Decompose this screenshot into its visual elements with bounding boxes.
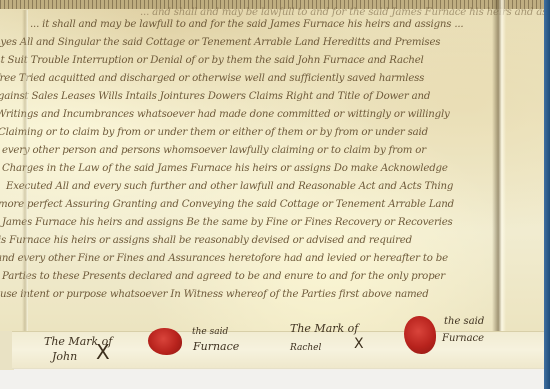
text-line-8: every other person and persons whomsoeve… <box>2 145 426 156</box>
text-line-10: Executed All and every such further and … <box>6 181 453 192</box>
text-line-5: against Sales Leases Wills Intails Joint… <box>0 91 430 102</box>
text-line-6: Writings and Incumbrances whatsoever had… <box>0 109 450 120</box>
wax-seal-1 <box>148 328 182 355</box>
signature-1-name: John <box>52 350 77 363</box>
signature-1-suffix-top: the said <box>192 327 228 337</box>
signature-2-mark-x: X <box>354 336 364 352</box>
text-line-4: free Tried acquitted and discharged or o… <box>0 73 424 84</box>
parchment-fold-left <box>22 10 28 332</box>
wax-seal-2 <box>404 316 436 354</box>
text-line-3: Lt Suit Trouble Interruption or Denial o… <box>0 55 424 66</box>
signature-2-name: Rachel <box>290 343 321 353</box>
text-line-14: and every other Fine or Fines and Assura… <box>0 253 448 264</box>
scan-edge-border <box>544 0 550 389</box>
signature-2-suffix-top: the said <box>444 316 484 327</box>
text-line-0: ... and shall and may be lawfull to and … <box>140 7 550 18</box>
text-line-15: Parties to these Presents declared and a… <box>2 271 445 282</box>
text-line-16: use intent or purpose whatsoever In Witn… <box>0 289 429 300</box>
scan-background <box>0 370 544 389</box>
text-line-2: Lyes All and Singular the said Cottage o… <box>0 37 440 48</box>
signature-1-mark-x: X <box>96 340 110 364</box>
signature-2-mark-label: The Mark of <box>290 322 358 335</box>
signature-1-suffix-bottom: Furnace <box>193 340 239 353</box>
text-line-9: Charges in the Law of the said James Fur… <box>2 163 448 174</box>
text-line-7: Claiming or to claim by from or under th… <box>0 127 428 138</box>
text-line-13: is Furnace his heirs or assigns shall be… <box>0 235 412 246</box>
document-photo: ... and shall and may be lawfull to and … <box>0 0 550 389</box>
text-line-12: James Furnace his heirs and assigns Be t… <box>2 217 453 228</box>
signature-2-suffix-bottom: Furnace <box>442 333 484 344</box>
text-line-11: more perfect Assuring Granting and Conve… <box>0 199 454 210</box>
text-line-1: ... it shall and may be lawfull to and f… <box>30 19 463 30</box>
parchment-fold-right <box>492 0 506 365</box>
